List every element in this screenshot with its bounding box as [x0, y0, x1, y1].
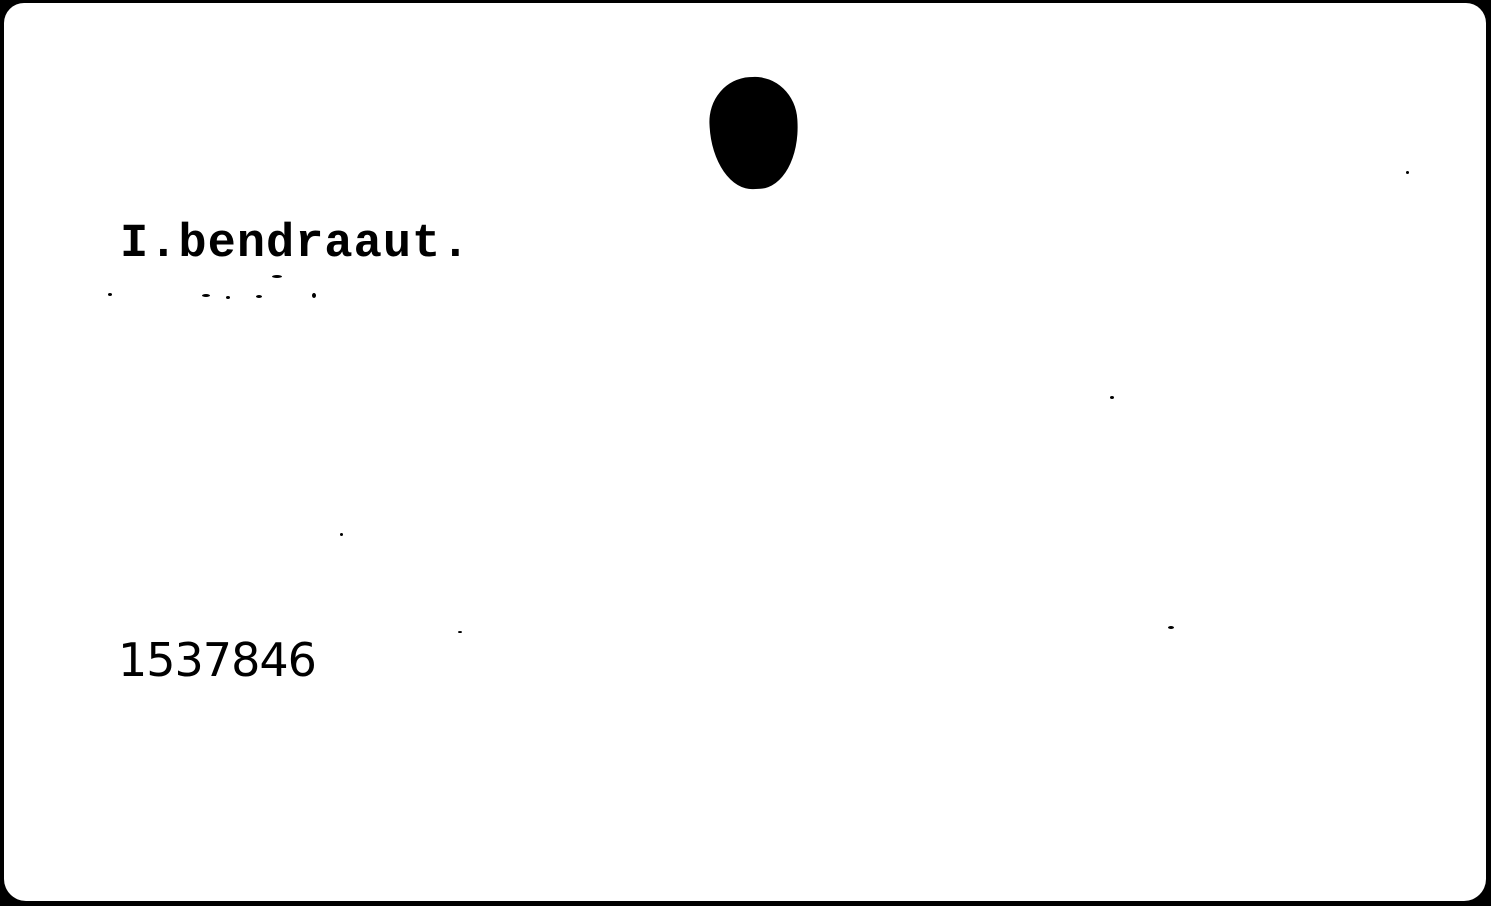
- index-card: I.bendraaut. 1537846: [4, 3, 1486, 901]
- scan-speck: [108, 293, 112, 296]
- card-number-text: 1537846: [118, 637, 316, 683]
- scan-speck: [202, 294, 210, 297]
- scan-speck: [1406, 171, 1409, 174]
- scan-bottom-edge: [0, 901, 1491, 906]
- punch-hole: [707, 75, 801, 191]
- scan-speck: [1168, 626, 1174, 629]
- scan-speck: [272, 275, 282, 278]
- scan-speck: [226, 296, 230, 299]
- scan-speck: [340, 533, 343, 536]
- scan-speck: [1110, 396, 1114, 399]
- card-name-text: I.bendraaut.: [120, 221, 470, 268]
- scan-speck: [256, 295, 262, 298]
- scan-speck: [312, 293, 316, 298]
- scan-speck: [458, 631, 462, 633]
